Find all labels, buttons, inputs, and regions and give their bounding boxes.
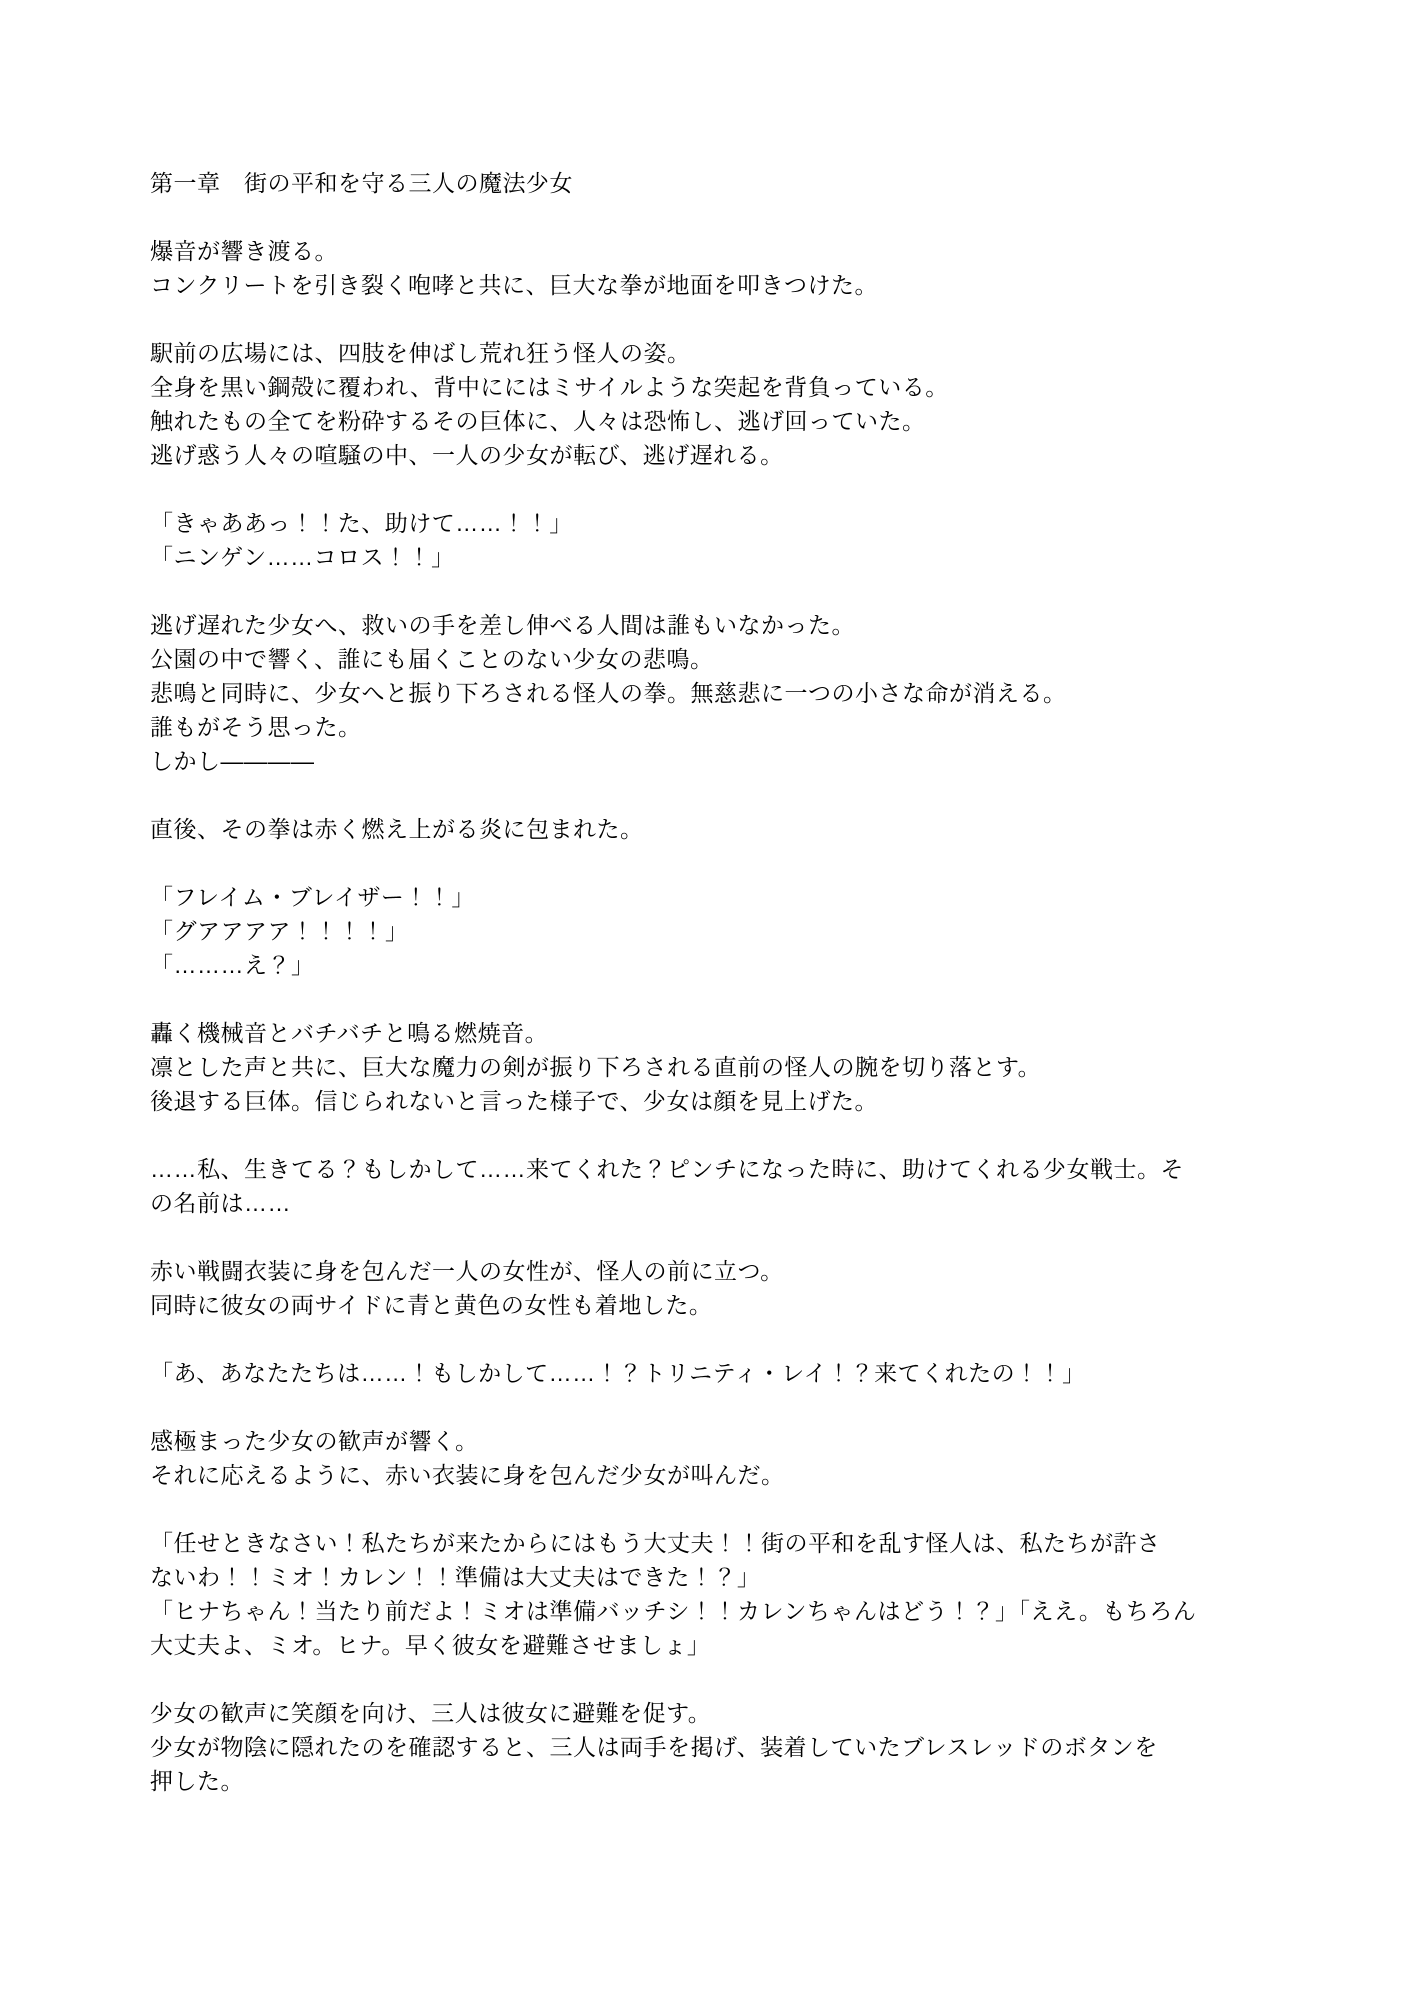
text-line: の名前は…… xyxy=(150,1186,1290,1220)
blank-line xyxy=(150,1492,1290,1526)
text-line: 凛とした声と共に、巨大な魔力の剣が振り下ろされる直前の怪人の腕を切り落とす。 xyxy=(150,1050,1290,1084)
chapter-title: 第一章 街の平和を守る三人の魔法少女 xyxy=(150,166,1290,200)
text-line: 公園の中で響く、誰にも届くことのない少女の悲鳴。 xyxy=(150,642,1290,676)
text-line: 少女の歓声に笑顔を向け、三人は彼女に避難を促す。 xyxy=(150,1696,1290,1730)
blank-line xyxy=(150,778,1290,812)
blank-line xyxy=(150,1220,1290,1254)
blank-line xyxy=(150,982,1290,1016)
text-line: 「………え？」 xyxy=(150,948,1290,982)
text-line: 少女が物陰に隠れたのを確認すると、三人は両手を掲げ、装着していたブレスレッドのボ… xyxy=(150,1730,1290,1764)
text-line: 轟く機械音とバチバチと鳴る燃焼音。 xyxy=(150,1016,1290,1050)
text-line: 押した。 xyxy=(150,1764,1290,1798)
text-line: 「ヒナちゃん！当たり前だよ！ミオは準備バッチシ！！カレンちゃんはどう！？」「ええ… xyxy=(150,1594,1290,1628)
text-line: 後退する巨体。信じられないと言った様子で、少女は顔を見上げた。 xyxy=(150,1084,1290,1118)
text-line: 「任せときなさい！私たちが来たからにはもう大丈夫！！街の平和を乱す怪人は、私たち… xyxy=(150,1526,1290,1560)
text-line: 爆音が響き渡る。 xyxy=(150,234,1290,268)
text-line: 直後、その拳は赤く燃え上がる炎に包まれた。 xyxy=(150,812,1290,846)
text-line: 同時に彼女の両サイドに青と黄色の女性も着地した。 xyxy=(150,1288,1290,1322)
text-line: 逃げ遅れた少女へ、救いの手を差し伸べる人間は誰もいなかった。 xyxy=(150,608,1290,642)
text-line: ……私、生きてる？もしかして……来てくれた？ピンチになった時に、助けてくれる少女… xyxy=(150,1152,1290,1186)
text-line: ないわ！！ミオ！カレン！！準備は大丈夫はできた！？」 xyxy=(150,1560,1290,1594)
text-line: 「ニンゲン……コロス！！」 xyxy=(150,540,1290,574)
blank-line xyxy=(150,200,1290,234)
blank-line xyxy=(150,302,1290,336)
text-line: 「きゃああっ！！た、助けて……！！」 xyxy=(150,506,1290,540)
text-line: 悲鳴と同時に、少女へと振り下ろされる怪人の拳。無慈悲に一つの小さな命が消える。 xyxy=(150,676,1290,710)
text-line: 赤い戦闘衣装に身を包んだ一人の女性が、怪人の前に立つ。 xyxy=(150,1254,1290,1288)
text-line: 逃げ惑う人々の喧騒の中、一人の少女が転び、逃げ遅れる。 xyxy=(150,438,1290,472)
blank-line xyxy=(150,574,1290,608)
text-line: 「グアアアア！！！！」 xyxy=(150,914,1290,948)
text-line: 触れたもの全てを粉砕するその巨体に、人々は恐怖し、逃げ回っていた。 xyxy=(150,404,1290,438)
blank-line xyxy=(150,1390,1290,1424)
text-line: 「あ、あなたたちは……！もしかして……！？トリニティ・レイ！？来てくれたの！！」 xyxy=(150,1356,1290,1390)
document-page: 第一章 街の平和を守る三人の魔法少女爆音が響き渡る。コンクリートを引き裂く咆哮と… xyxy=(0,0,1414,2000)
text-line: 誰もがそう思った。 xyxy=(150,710,1290,744)
blank-line xyxy=(150,1322,1290,1356)
text-line: 全身を黒い鋼殻に覆われ、背中ににはミサイルような突起を背負っている。 xyxy=(150,370,1290,404)
blank-line xyxy=(150,1118,1290,1152)
text-line: コンクリートを引き裂く咆哮と共に、巨大な拳が地面を叩きつけた。 xyxy=(150,268,1290,302)
text-line: 「フレイム・ブレイザー！！」 xyxy=(150,880,1290,914)
text-line: 感極まった少女の歓声が響く。 xyxy=(150,1424,1290,1458)
text-line: 駅前の広場には、四肢を伸ばし荒れ狂う怪人の姿。 xyxy=(150,336,1290,370)
blank-line xyxy=(150,472,1290,506)
text-line: しかし―――― xyxy=(150,744,1290,778)
text-line: 大丈夫よ、ミオ。ヒナ。早く彼女を避難させましょ」 xyxy=(150,1628,1290,1662)
document-content: 第一章 街の平和を守る三人の魔法少女爆音が響き渡る。コンクリートを引き裂く咆哮と… xyxy=(150,166,1290,1798)
blank-line xyxy=(150,846,1290,880)
blank-line xyxy=(150,1662,1290,1696)
text-line: それに応えるように、赤い衣装に身を包んだ少女が叫んだ。 xyxy=(150,1458,1290,1492)
